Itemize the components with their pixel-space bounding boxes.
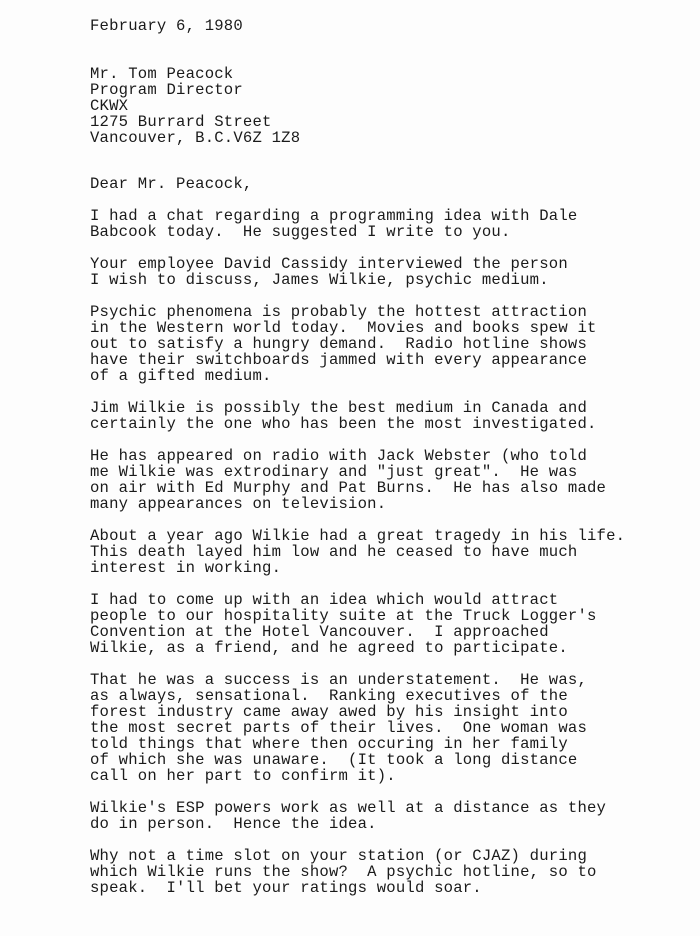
paragraph-line: have their switchboards jammed with ever… xyxy=(90,352,690,368)
paragraph: Psychic phenomena is probably the hottes… xyxy=(90,304,690,384)
paragraph-line: interest in working. xyxy=(90,560,690,576)
paragraph-line: which Wilkie runs the show? A psychic ho… xyxy=(90,864,690,880)
paragraph-line: He has appeared on radio with Jack Webst… xyxy=(90,448,690,464)
paragraph: That he was a success is an understateme… xyxy=(90,672,690,784)
paragraph-line: of a gifted medium. xyxy=(90,368,690,384)
paragraph-line: call on her part to confirm it). xyxy=(90,768,690,784)
paragraph: Your employee David Cassidy interviewed … xyxy=(90,256,690,288)
paragraph-line: as always, sensational. Ranking executiv… xyxy=(90,688,690,704)
paragraph: Wilkie's ESP powers work as well at a di… xyxy=(90,800,690,832)
paragraph-line: I had a chat regarding a programming ide… xyxy=(90,208,690,224)
paragraph-line: told things that where then occuring in … xyxy=(90,736,690,752)
letter-body: I had a chat regarding a programming ide… xyxy=(90,208,690,896)
recipient-address: Mr. Tom Peacock Program Director CKWX 12… xyxy=(90,66,690,146)
letter-page: February 6, 1980 Mr. Tom Peacock Program… xyxy=(0,0,700,936)
paragraph: He has appeared on radio with Jack Webst… xyxy=(90,448,690,512)
recipient-organization: CKWX xyxy=(90,98,690,114)
paragraph-line: Your employee David Cassidy interviewed … xyxy=(90,256,690,272)
paragraph-line: people to our hospitality suite at the T… xyxy=(90,608,690,624)
paragraph-line: in the Western world today. Movies and b… xyxy=(90,320,690,336)
paragraph-line: Babcook today. He suggested I write to y… xyxy=(90,224,690,240)
paragraph-line: That he was a success is an understateme… xyxy=(90,672,690,688)
paragraph-line: Wilkie's ESP powers work as well at a di… xyxy=(90,800,690,816)
paragraph-line: the most secret parts of their lives. On… xyxy=(90,720,690,736)
paragraph-line: out to satisfy a hungry demand. Radio ho… xyxy=(90,336,690,352)
paragraph-line: About a year ago Wilkie had a great trag… xyxy=(90,528,690,544)
paragraph-line: on air with Ed Murphy and Pat Burns. He … xyxy=(90,480,690,496)
paragraph-line: speak. I'll bet your ratings would soar. xyxy=(90,880,690,896)
paragraph: I had a chat regarding a programming ide… xyxy=(90,208,690,240)
salutation: Dear Mr. Peacock, xyxy=(90,176,690,192)
paragraph: I had to come up with an idea which woul… xyxy=(90,592,690,656)
paragraph-line: forest industry came away awed by his in… xyxy=(90,704,690,720)
letter-date: February 6, 1980 xyxy=(90,18,690,34)
paragraph-line: I had to come up with an idea which woul… xyxy=(90,592,690,608)
paragraph-line: Wilkie, as a friend, and he agreed to pa… xyxy=(90,640,690,656)
paragraph-line: Why not a time slot on your station (or … xyxy=(90,848,690,864)
paragraph-line: of which she was unaware. (It took a lon… xyxy=(90,752,690,768)
paragraph-line: do in person. Hence the idea. xyxy=(90,816,690,832)
paragraph: About a year ago Wilkie had a great trag… xyxy=(90,528,690,576)
paragraph-line: I wish to discuss, James Wilkie, psychic… xyxy=(90,272,690,288)
paragraph-line: This death layed him low and he ceased t… xyxy=(90,544,690,560)
recipient-city: Vancouver, B.C.V6Z 1Z8 xyxy=(90,130,690,146)
recipient-title: Program Director xyxy=(90,82,690,98)
recipient-street: 1275 Burrard Street xyxy=(90,114,690,130)
paragraph-line: Jim Wilkie is possibly the best medium i… xyxy=(90,400,690,416)
paragraph-line: me Wilkie was extrodinary and "just grea… xyxy=(90,464,690,480)
paragraph-line: many appearances on television. xyxy=(90,496,690,512)
recipient-name: Mr. Tom Peacock xyxy=(90,66,690,82)
paragraph-line: certainly the one who has been the most … xyxy=(90,416,690,432)
paragraph-line: Convention at the Hotel Vancouver. I app… xyxy=(90,624,690,640)
typed-letter: February 6, 1980 Mr. Tom Peacock Program… xyxy=(90,18,690,912)
paragraph-line: Psychic phenomena is probably the hottes… xyxy=(90,304,690,320)
paragraph: Why not a time slot on your station (or … xyxy=(90,848,690,896)
paragraph: Jim Wilkie is possibly the best medium i… xyxy=(90,400,690,432)
